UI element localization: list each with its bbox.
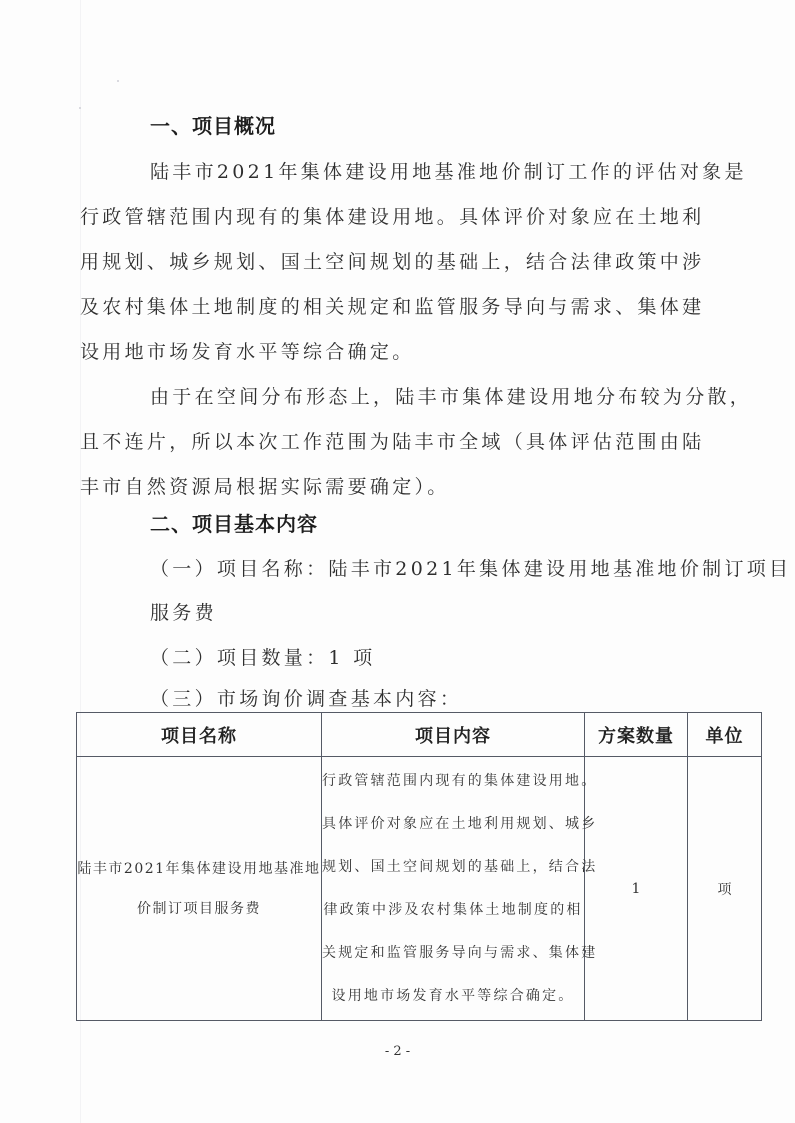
page-number: - 2 - — [0, 1044, 795, 1059]
paragraph-line: 设用地市场发育水平等综合确定。 — [80, 337, 415, 364]
header-project-name: 项目名称 — [77, 713, 322, 757]
cell-project-content: 行政管辖范围内现有的集体建设用地。 具体评价对象应在土地利用规划、城乡 规划、国… — [322, 757, 585, 1021]
cell-text-line: 律政策中涉及农村集体土地制度的相 — [322, 889, 584, 932]
paragraph-line: 丰市自然资源局根据实际需要确定）。 — [80, 472, 450, 499]
cell-project-name: 陆丰市2021年集体建设用地基准地 价制订项目服务费 — [77, 757, 322, 1021]
survey-table: 项目名称 项目内容 方案数量 单位 陆丰市2021年集体建设用地基准地 价制订项… — [76, 712, 762, 1021]
cell-text-line: 陆丰市2021年集体建设用地基准地 — [77, 849, 321, 889]
item-project-quantity: （二）项目数量：1 项 — [150, 643, 375, 670]
item-market-survey: （三）市场询价调查基本内容： — [150, 684, 462, 711]
cell-text-line: 设用地市场发育水平等综合确定。 — [322, 975, 584, 1018]
document-page: 一、项目概况 陆丰市2021年集体建设用地基准地价制订工作的评估对象是 行政管辖… — [0, 0, 795, 1123]
cell-text-line: 具体评价对象应在土地利用规划、城乡 — [322, 803, 584, 846]
header-quantity: 方案数量 — [585, 713, 688, 757]
cell-text-line: 关规定和监管服务导向与需求、集体建 — [322, 932, 584, 975]
cell-text-line: 行政管辖范围内现有的集体建设用地。 — [322, 760, 584, 803]
header-project-content: 项目内容 — [322, 713, 585, 757]
section-heading-basic-content: 二、项目基本内容 — [150, 508, 318, 537]
paragraph-line: 且不连片，所以本次工作范围为陆丰市全域（具体评估范围由陆 — [80, 427, 704, 454]
item-project-name-line: 服务费 — [150, 598, 217, 625]
cell-quantity: 1 — [585, 757, 688, 1021]
item-project-name-line: （一）项目名称：陆丰市2021年集体建设用地基准地价制订项目 — [150, 554, 791, 581]
cell-text-line: 价制订项目服务费 — [77, 889, 321, 929]
paragraph-line: 行政管辖范围内现有的集体建设用地。具体评价对象应在土地利 — [80, 202, 704, 229]
paragraph-line: 及农村集体土地制度的相关规定和监管服务导向与需求、集体建 — [80, 292, 704, 319]
scan-speck — [79, 107, 81, 109]
paragraph-line: 由于在空间分布形态上，陆丰市集体建设用地分布较为分散， — [150, 382, 752, 409]
header-unit: 单位 — [688, 713, 762, 757]
table-header-row: 项目名称 项目内容 方案数量 单位 — [77, 713, 762, 757]
scan-speck — [117, 80, 119, 82]
section-heading-overview: 一、项目概况 — [150, 110, 276, 139]
paragraph-line: 陆丰市2021年集体建设用地基准地价制订工作的评估对象是 — [150, 157, 747, 184]
table-row: 陆丰市2021年集体建设用地基准地 价制订项目服务费 行政管辖范围内现有的集体建… — [77, 757, 762, 1021]
paragraph-line: 用规划、城乡规划、国土空间规划的基础上，结合法律政策中涉 — [80, 247, 704, 274]
cell-text-line: 规划、国土空间规划的基础上，结合法 — [322, 846, 584, 889]
cell-unit: 项 — [688, 757, 762, 1021]
